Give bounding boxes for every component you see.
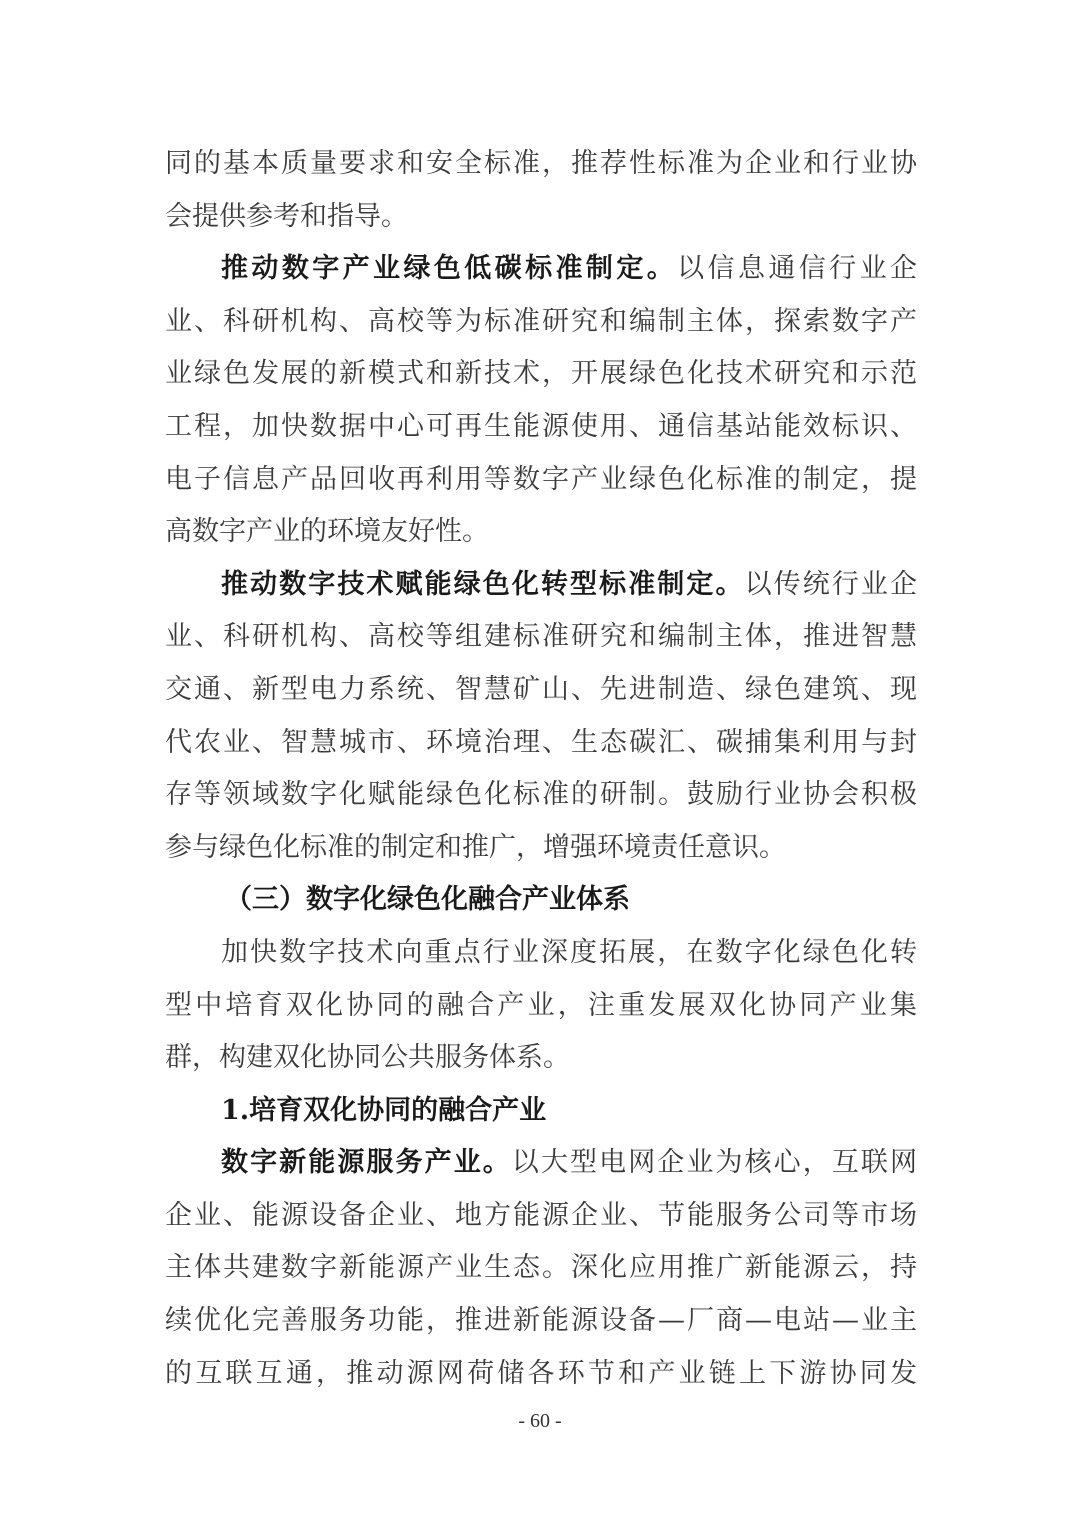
text-line: 的互联互通，推动源网荷储各环节和产业链上下游协同发 [165,1348,917,1401]
text-line: 存等领域数字化赋能绿色化标准的研制。鼓励行业协会积极 [165,769,917,822]
text-line: 企业、能源设备企业、地方能源企业、节能服务公司等市场 [165,1190,917,1243]
lead-rest: 以大型电网企业为核心，互联网 [512,1147,917,1178]
subsection-heading: 1.培育双化协同的融合产业 [165,1085,917,1138]
text-line: 高数字产业的环境友好性。 [165,506,917,559]
text-line: 交通、新型电力系统、智慧矿山、先进制造、绿色建筑、现 [165,664,917,717]
document-page: 同的基本质量要求和安全标准，推荐性标准为企业和行业协 会提供参考和指导。 推动数… [165,138,917,1400]
text-line: 参与绿色化标准的制定和推广，增强环境责任意识。 [165,822,917,875]
text-line: 同的基本质量要求和安全标准，推荐性标准为企业和行业协 [165,138,917,191]
bold-lead: 推动数字技术赋能绿色化转型标准制定。 [221,569,745,600]
page-number: - 60 - [0,1410,1080,1433]
paragraph-lead-line: 数字新能源服务产业。以大型电网企业为核心，互联网 [165,1137,917,1190]
paragraph-lead-line: 推动数字技术赋能绿色化转型标准制定。以传统行业企 [165,559,917,612]
text-line: 主体共建数字新能源产业生态。深化应用推广新能源云，持 [165,1242,917,1295]
lead-rest: 以传统行业企 [745,569,917,600]
text-line: 加快数字技术向重点行业深度拓展，在数字化绿色化转 [165,927,917,980]
bold-lead: 推动数字产业绿色低碳标准制定。 [221,253,677,284]
text-line: 续优化完善服务功能，推进新能源设备—厂商—电站—业主 [165,1295,917,1348]
text-line: 业绿色发展的新模式和新技术，开展绿色化技术研究和示范 [165,348,917,401]
text-line: 业、科研机构、高校等组建标准研究和编制主体，推进智慧 [165,611,917,664]
text-line: 电子信息产品回收再利用等数字产业绿色化标准的制定，提 [165,454,917,507]
text-line: 代农业、智慧城市、环境治理、生态碳汇、碳捕集利用与封 [165,717,917,770]
lead-rest: 以信息通信行业企 [677,253,917,284]
paragraph-lead-line: 推动数字产业绿色低碳标准制定。以信息通信行业企 [165,243,917,296]
text-line: 型中培育双化协同的融合产业，注重发展双化协同产业集 [165,980,917,1033]
text-line: 业、科研机构、高校等为标准研究和编制主体，探索数字产 [165,296,917,349]
bold-lead: 数字新能源服务产业。 [221,1147,512,1178]
text-line: 会提供参考和指导。 [165,191,917,244]
section-heading: （三）数字化绿色化融合产业体系 [165,874,917,927]
text-line: 工程，加快数据中心可再生能源使用、通信基站能效标识、 [165,401,917,454]
text-line: 群，构建双化协同公共服务体系。 [165,1032,917,1085]
